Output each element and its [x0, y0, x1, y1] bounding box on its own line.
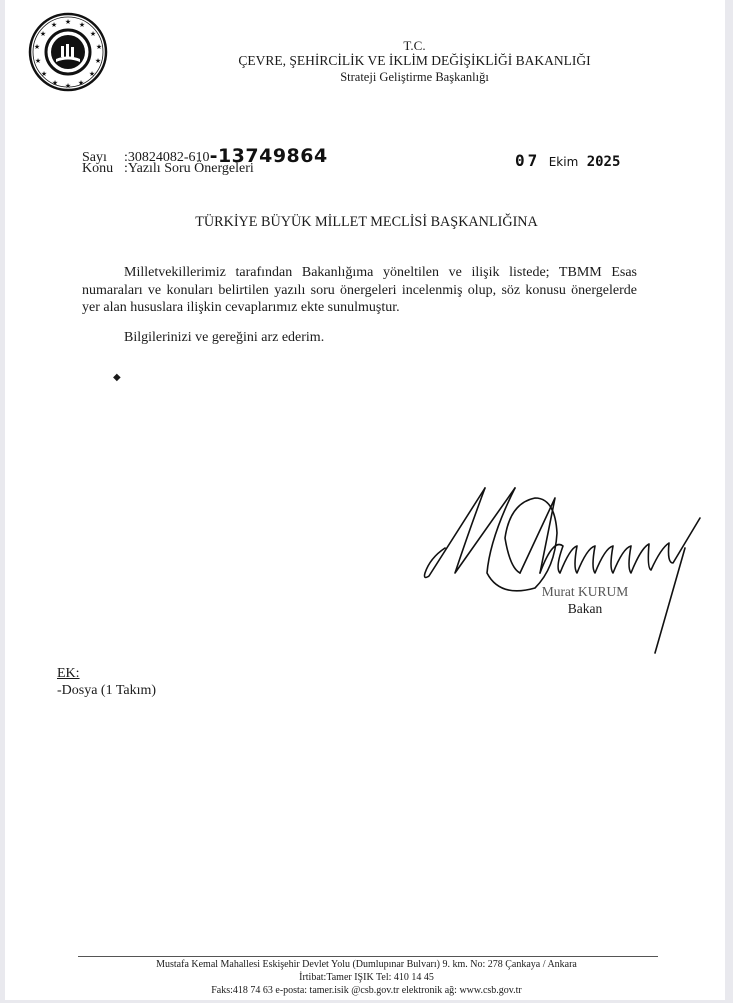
footer-fax-email: Faks:418 74 63 e-posta: tamer.isik @csb.…: [0, 985, 733, 996]
svg-text:★: ★: [79, 21, 85, 29]
svg-text:★: ★: [40, 30, 46, 38]
konu-label: Konu: [82, 161, 124, 177]
closing-line: Bilgilerinizi ve gereğini arz ederim.: [124, 330, 324, 346]
svg-text:★: ★: [41, 70, 47, 78]
svg-text:★: ★: [51, 21, 57, 29]
header-department: Strateji Geliştirme Başkanlığı: [48, 70, 733, 85]
header-ministry: ÇEVRE, ŞEHİRCİLİK VE İKLİM DEĞİŞİKLİĞİ B…: [48, 53, 733, 69]
konu-row: Konu:Yazılı Soru Önergeleri: [82, 161, 254, 177]
date-year: 2025: [587, 154, 621, 170]
header-tc: T.C.: [48, 38, 733, 54]
svg-text:★: ★: [65, 18, 71, 26]
handwritten-signature-icon: [415, 478, 715, 658]
date-day: 07: [515, 151, 540, 170]
footer-divider: [78, 956, 658, 957]
footer-address: Mustafa Kemal Mahallesi Eskişehir Devlet…: [0, 959, 733, 970]
attachments-label: EK:: [57, 666, 80, 682]
konu-value: :Yazılı Soru Önergeleri: [124, 161, 254, 176]
footer-contact: İrtibat:Tamer IŞIK Tel: 410 14 45: [0, 972, 733, 983]
svg-text:★: ★: [90, 30, 96, 38]
body-paragraph: Milletvekillerimiz tarafından Bakanlığım…: [82, 264, 637, 317]
addressee: TÜRKİYE BÜYÜK MİLLET MECLİSİ BAŞKANLIĞIN…: [0, 214, 733, 231]
svg-text:★: ★: [35, 57, 41, 65]
date-month: Ekim: [549, 155, 579, 169]
attachment-item: -Dosya (1 Takım): [57, 683, 156, 699]
svg-text:★: ★: [34, 43, 40, 51]
date-stamp: 07 Ekim 2025: [515, 151, 620, 170]
stray-mark: ◆: [113, 372, 121, 383]
